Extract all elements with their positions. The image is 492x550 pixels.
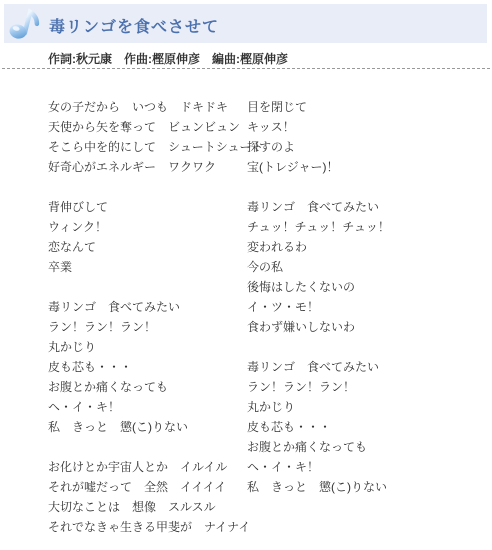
lyric-line: 卒業 xyxy=(48,257,247,277)
lyric-line: ヘ・イ・キ！ xyxy=(48,397,247,417)
lyric-line: 大切なことは 想像 スルスル xyxy=(48,497,247,517)
lyric-line: 私 きっと 懲(こ)りない xyxy=(247,477,477,497)
lyric-line: それが嘘だって 全然 イイイイ xyxy=(48,477,247,497)
lyric-line: 好奇心がエネルギー ワクワク xyxy=(48,157,247,177)
stanza: 毒リンゴ 食べてみたいラン！ラン！ラン！丸かじり皮も芯も・・・お腹とか痛くなって… xyxy=(48,297,247,437)
dashed-divider xyxy=(2,68,490,69)
lyric-line: 変われるわ xyxy=(247,237,477,257)
lyric-line: 宝(トレジャー)！ xyxy=(247,157,477,177)
song-title: 毒リンゴを食べさせて xyxy=(49,14,219,37)
lyric-line: 探すのよ xyxy=(247,137,477,157)
lyric-line: キッス！ xyxy=(247,117,477,137)
stanza: 目を閉じてキッス！探すのよ宝(トレジャー)！ xyxy=(247,97,477,177)
lyric-line: チュッ！チュッ！チュッ！ xyxy=(247,217,477,237)
lyric-line: ウィンク！ xyxy=(48,217,247,237)
music-note-icon xyxy=(7,4,43,43)
lyric-line: 天使から矢を奪って ビュンビュン xyxy=(48,117,247,137)
lyric-line: イ・ツ・モ！ xyxy=(247,297,477,317)
song-credits: 作詞:秋元康 作曲:樫原伸彦 編曲:樫原伸彦 xyxy=(48,50,288,67)
lyric-line: お化けとか宇宙人とか イルイル xyxy=(48,457,247,477)
lyric-line: ラン！ラン！ラン！ xyxy=(247,377,477,397)
page-header: 毒リンゴを食べさせて xyxy=(4,4,487,43)
lyric-line: それでなきゃ生きる甲斐が ナイナイ xyxy=(48,517,247,537)
lyric-line: 恋なんて xyxy=(48,237,247,257)
stanza: 背伸びしてウィンク！恋なんて卒業 xyxy=(48,197,247,277)
lyric-line: 女の子だから いつも ドキドキ xyxy=(48,97,247,117)
lyric-line: 背伸びして xyxy=(48,197,247,217)
stanza: 毒リンゴ 食べてみたいラン！ラン！ラン！丸かじり皮も芯も・・・お腹とか痛くなって… xyxy=(247,357,477,497)
lyric-line: 毒リンゴ 食べてみたい xyxy=(247,197,477,217)
lyrics-column-right: 目を閉じてキッス！探すのよ宝(トレジャー)！毒リンゴ 食べてみたいチュッ！チュッ… xyxy=(247,97,477,517)
lyrics-column-left: 女の子だから いつも ドキドキ天使から矢を奪って ビュンビュンそこら中を的にして… xyxy=(48,97,247,550)
lyric-line: 目を閉じて xyxy=(247,97,477,117)
lyric-line: 皮も芯も・・・ xyxy=(48,357,247,377)
lyric-line: 後悔はしたくないの xyxy=(247,277,477,297)
stanza: 女の子だから いつも ドキドキ天使から矢を奪って ビュンビュンそこら中を的にして… xyxy=(48,97,247,177)
lyric-line: 丸かじり xyxy=(48,337,247,357)
stanza: お化けとか宇宙人とか イルイルそれが嘘だって 全然 イイイイ大切なことは 想像 … xyxy=(48,457,247,537)
lyric-line: 丸かじり xyxy=(247,397,477,417)
lyric-line: 毒リンゴ 食べてみたい xyxy=(48,297,247,317)
lyric-line: ヘ・イ・キ！ xyxy=(247,457,477,477)
lyric-line: 皮も芯も・・・ xyxy=(247,417,477,437)
lyric-line: 今の私 xyxy=(247,257,477,277)
lyric-line: 食わず嫌いしないわ xyxy=(247,317,477,337)
lyric-line: そこら中を的にして シュートシュート xyxy=(48,137,247,157)
lyric-line: ラン！ラン！ラン！ xyxy=(48,317,247,337)
lyrics-page: 毒リンゴを食べさせて 作詞:秋元康 作曲:樫原伸彦 編曲:樫原伸彦 女の子だから… xyxy=(0,0,492,550)
lyric-line: 私 きっと 懲(こ)りない xyxy=(48,417,247,437)
lyric-line: お腹とか痛くなっても xyxy=(48,377,247,397)
lyric-line: 毒リンゴ 食べてみたい xyxy=(247,357,477,377)
lyric-line: お腹とか痛くなっても xyxy=(247,437,477,457)
stanza: 毒リンゴ 食べてみたいチュッ！チュッ！チュッ！変われるわ今の私後悔はしたくないの… xyxy=(247,197,477,337)
